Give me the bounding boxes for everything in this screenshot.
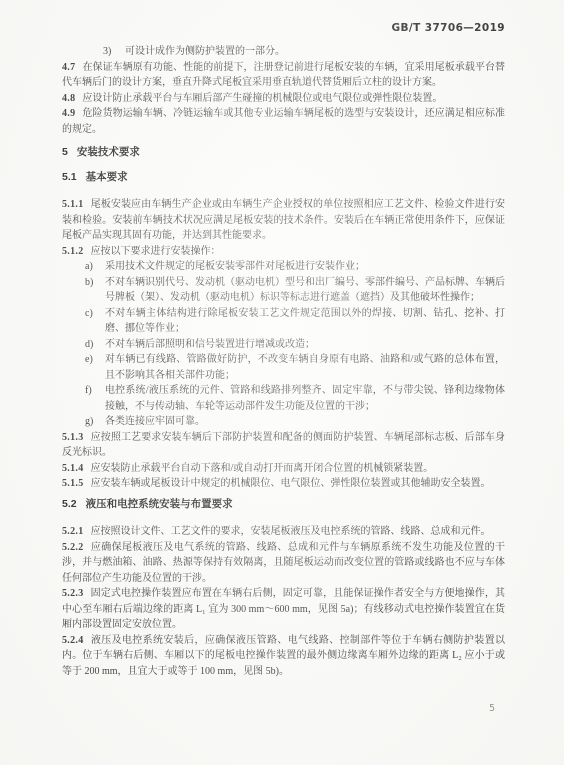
list-item-c: c)不对车辆主体结构进行除尾板安装工艺文件规定范围以外的焊接、切割、钻孔、挖补、… [62, 306, 505, 337]
clause-5.1.3: 5.1.3应按照工艺要求安装车辆后下部防护装置和配备的侧面防护装置、车辆尾部标志… [62, 430, 505, 461]
document-page: GB/T 37706—2019 3)可设计成作为侧防护装置的一部分。4.7在保证… [0, 0, 564, 765]
list-item-label: c) [85, 306, 105, 337]
heading-number: 5.1 [62, 171, 77, 183]
clause-number: 5.1.2 [62, 246, 84, 257]
list-item-label: e) [85, 352, 105, 383]
list-item-label: d) [85, 337, 105, 353]
clause-5.1.4: 5.1.4应安装防止承载平台自动下落和/或自动打开而离开闭合位置的机械锁紧装置。 [62, 461, 505, 477]
clause-5.1.1: 5.1.1尾板安装应由车辆生产企业或由车辆生产企业授权的单位按照相应工艺文件、检… [62, 197, 505, 244]
list-item-g: g)各类连接应牢固可靠。 [62, 414, 505, 430]
clause-5.2.1: 5.2.1应按照设计文件、工艺文件的要求，安装尾板液压及电控系统的管路、线路、总… [62, 524, 505, 540]
clause-number: 5.1.5 [62, 478, 84, 489]
list-item-label: 3) [103, 44, 125, 60]
clause-text: 应设计防止承载平台与车厢后部产生碰撞的机械限位或电气限位或弹性限位装置。 [82, 93, 442, 104]
list-item-text: 电控系统/液压系统的元件、管路和线路排列整齐、固定牢靠，不与带尖锐、锋利边缘物体… [105, 383, 505, 414]
page-footer: 5 [489, 703, 495, 714]
list-item-b: b)不对车辆识别代号、发动机（驱动电机）型号和出厂编号、零部件编号、产品标牌、车… [62, 275, 505, 306]
list-item-label: f) [85, 383, 105, 414]
clause-text: 危险货物运输车辆、冷链运输车或其他专业运输车辆尾板的选型与安装设计，还应满足相应… [62, 108, 505, 135]
list-item-3: 3)可设计成作为侧防护装置的一部分。 [62, 44, 505, 60]
list-item-text: 对车辆已有线路、管路做好防护，不改变车辆自身原有电路、油路和/或气路的总体布置，… [105, 352, 505, 383]
clause-5.2.3: 5.2.3固定式电控操作装置应布置在车辆右后侧，固定可靠，且能保证操作者安全与方… [62, 586, 505, 633]
clause-number: 5.1.3 [62, 432, 84, 443]
standard-number: GB/T 37706—2019 [391, 22, 505, 34]
document-body: 3)可设计成作为侧防护装置的一部分。4.7在保证车辆原有功能、性能的前提下，注册… [62, 44, 505, 679]
clause-text: 在保证车辆原有功能、性能的前提下，注册登记前进行尾板安装的车辆，宜采用尾板承载平… [62, 62, 505, 89]
clause-5.1.2: 5.1.2应按以下要求进行安装操作： [62, 244, 505, 260]
clause-5.2.2: 5.2.2应确保尾板液压及电气系统的管路、线路、总成和元件与车辆原系统不发生功能… [62, 540, 505, 587]
list-item-text: 不对车辆识别代号、发动机（驱动电机）型号和出厂编号、零部件编号、产品标牌、车辆后… [105, 275, 505, 306]
list-item-label: b) [85, 275, 105, 306]
list-item-d: d)不对车辆后部照明和信号装置进行增减或改造； [62, 337, 505, 353]
clause-number: 5.1.4 [62, 463, 84, 474]
clause-text: 应按以下要求进行安装操作： [91, 246, 221, 257]
clause-number: 5.2.1 [62, 526, 84, 537]
clause-text: 应安装车辆或尾板设计中规定的机械限位、电气限位、弹性限位装置或其他辅助安全装置。 [91, 478, 491, 489]
list-item-e: e)对车辆已有线路、管路做好防护，不改变车辆自身原有电路、油路和/或气路的总体布… [62, 352, 505, 383]
section-heading-5.1: 5.1基本要求 [62, 170, 505, 186]
page-header: GB/T 37706—2019 [391, 22, 505, 34]
clause-number: 5.2.3 [62, 588, 84, 599]
clause-text: 应安装防止承载平台自动下落和/或自动打开而离开闭合位置的机械锁紧装置。 [91, 463, 434, 474]
clause-4.8: 4.8应设计防止承载平台与车厢后部产生碰撞的机械限位或电气限位或弹性限位装置。 [62, 91, 505, 107]
heading-text: 基本要求 [86, 171, 128, 183]
clause-4.7: 4.7在保证车辆原有功能、性能的前提下，注册登记前进行尾板安装的车辆，宜采用尾板… [62, 60, 505, 91]
page-number: 5 [489, 703, 495, 714]
list-item-label: a) [85, 259, 105, 275]
list-item-a: a)采用技术文件规定的尾板安装零部件对尾板进行安装作业； [62, 259, 505, 275]
clause-text: 应确保尾板液压及电气系统的管路、线路、总成和元件与车辆原系统不发生功能及位置的干… [62, 542, 505, 584]
heading-number: 5 [62, 146, 68, 158]
list-item-f: f)电控系统/液压系统的元件、管路和线路排列整齐、固定牢靠，不与带尖锐、锋利边缘… [62, 383, 505, 414]
clause-5.2.4: 5.2.4液压及电控系统安装后，应确保液压管路、电气线路、控制部件等位于车辆右侧… [62, 633, 505, 680]
heading-text: 安装技术要求 [77, 146, 140, 158]
clause-text: 固定式电控操作装置应布置在车辆右后侧，固定可靠，且能保证操作者安全与方便地操作，… [62, 588, 505, 630]
section-heading-5: 5安装技术要求 [62, 145, 505, 161]
clause-number: 5.2.2 [62, 542, 84, 553]
section-heading-5.2: 5.2液压和电控系统安装与布置要求 [62, 497, 505, 513]
list-item-text: 采用技术文件规定的尾板安装零部件对尾板进行安装作业； [105, 259, 505, 275]
clause-text: 应按照设计文件、工艺文件的要求，安装尾板液压及电控系统的管路、线路、总成和元件。 [91, 526, 491, 537]
heading-number: 5.2 [62, 498, 77, 510]
clause-number: 5.2.4 [62, 635, 84, 646]
clause-4.9: 4.9危险货物运输车辆、冷链运输车或其他专业运输车辆尾板的选型与安装设计，还应满… [62, 106, 505, 137]
clause-5.1.5: 5.1.5应安装车辆或尾板设计中规定的机械限位、电气限位、弹性限位装置或其他辅助… [62, 476, 505, 492]
clause-number: 4.9 [62, 108, 75, 119]
clause-text: 尾板安装应由车辆生产企业或由车辆生产企业授权的单位按照相应工艺文件、检验文件进行… [62, 199, 505, 241]
clause-text: 液压及电控系统安装后，应确保液压管路、电气线路、控制部件等位于车辆右侧防护装置以… [62, 635, 505, 677]
clause-number: 5.1.1 [62, 199, 84, 210]
list-item-text: 各类连接应牢固可靠。 [105, 414, 505, 430]
clause-number: 4.7 [62, 62, 75, 73]
list-item-label: g) [85, 414, 105, 430]
clause-text: 应按照工艺要求安装车辆后下部防护装置和配备的侧面防护装置、车辆尾部标志板、后部车… [62, 432, 505, 459]
list-item-text: 不对车辆后部照明和信号装置进行增减或改造； [105, 337, 505, 353]
heading-text: 液压和电控系统安装与布置要求 [86, 498, 233, 510]
list-item-text: 可设计成作为侧防护装置的一部分。 [125, 44, 505, 60]
list-item-text: 不对车辆主体结构进行除尾板安装工艺文件规定范围以外的焊接、切割、钻孔、挖补、打磨… [105, 306, 505, 337]
clause-number: 4.8 [62, 93, 75, 104]
